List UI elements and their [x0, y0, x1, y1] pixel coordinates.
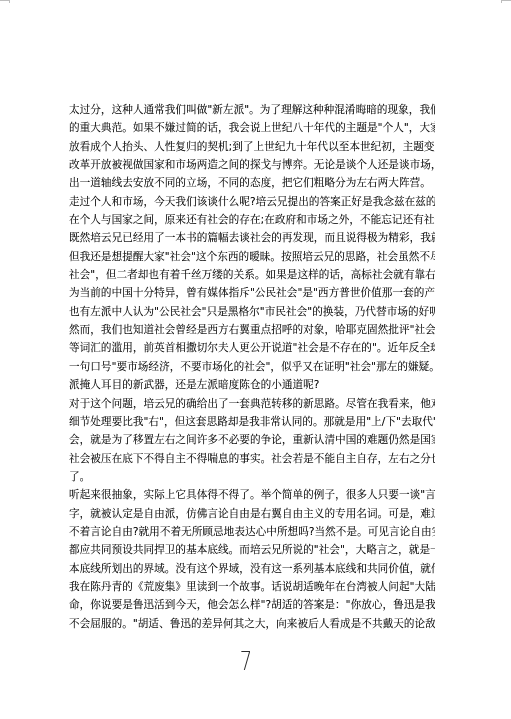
text-line: 字，就被认定是自由派，仿佛言论自由是右翼自由主义的专用名词。可是，难道新左派就用 [69, 505, 435, 523]
text-line: 走过个人和市场，今天我们该谈什么呢?培云兄提出的答案正好是我念兹在兹的课题：社会… [69, 193, 435, 211]
text-line: 太过分，这种人通常我们叫做"新左派"。为了理解这种种混淆晦暗的现象，我们又曾经历… [69, 101, 435, 119]
text-line: 我在陈丹青的《荒废集》里读到一个故事。话说胡适晚年在台湾被人问起"大陆现在正闹着… [69, 578, 435, 596]
text-line: 为当前的中国十分特异，曾有媒体指斥"公民社会"是"西方普世价值那一套的产物"，不… [69, 284, 435, 302]
document-page: 太过分，这种人通常我们叫做"新左派"。为了理解这种种混淆晦暗的现象，我们又曾经历… [0, 0, 511, 719]
text-line: 社会"，但二者却也有着千丝万缕的关系。如果是这样的话，高标社会就有靠右的嫌疑了。… [69, 266, 435, 284]
text-line: 本底线所划出的界域。没有这个界域，没有这一系列基本底线和共同价值，就什么都说不上… [69, 560, 435, 578]
text-line: 派掩人耳目的新武器，还是左派暗度陈仓的小通道呢? [69, 376, 435, 394]
text-line: 但我还是想提醒大家"社会"这个东西的暧昧。按照培云兄的思路，社会虽然不尽等同于"… [69, 248, 435, 266]
body-text: 太过分，这种人通常我们叫做"新左派"。为了理解这种种混淆晦暗的现象，我们又曾经历… [69, 101, 435, 633]
text-line: 改革开放被视做国家和市场两造之间的探戈与博弈。无论是谈个人还是谈市场，我们都能画 [69, 156, 435, 174]
crop-mark-top-left [0, 0, 10, 7]
text-line: 也有左派中人认为"公民社会"只是黑格尔"市民社会"的换装，乃代替市场的好听一点的… [69, 303, 435, 321]
text-line: 细节处理要比我"右"，但这套思路却是我非常认同的。那就是用"上/下"去取代"左/… [69, 413, 435, 431]
text-line: 听起来很抽象，实际上它具体得不得了。举个简单的例子，很多人只要一谈"言论自由"这… [69, 486, 435, 504]
text-line: 一句口号"要市场经济，不要市场化的社会"，似乎又在证明"社会"那左的嫌疑。究竟社… [69, 358, 435, 376]
text-line: 对于这个问题，培云兄的确给出了一套典范转移的新思路。尽管在我看来，他对许多问题的 [69, 395, 435, 413]
text-line: 等词汇的滥用，前英首相撒切尔夫人更公开说道"社会是不存在的"。近年反全球化运动的… [69, 339, 435, 357]
text-line: 了。 [69, 468, 435, 486]
text-line: 都应共同预设共同捍卫的基本底线。而培云兄所说的"社会"，大略言之，就是一系列基 [69, 541, 435, 559]
text-line: 社会被压在底下不得自主不得喘息的事实。社会若是不能自主自存，左右之分也就无甚意义 [69, 450, 435, 468]
text-line: 不会屈服的。"胡适、鲁迅的差异何其之大，向来被后人看成是不共戴天的论敌，他怎么会… [69, 615, 435, 633]
text-line: 放看成个人抬头、人性复归的契机;到了上世纪九十年代以至本世纪初，主题变成了"市场… [69, 138, 435, 156]
text-line: 然而，我们也知道社会曾经是西方右翼重点招呼的对象，哈耶克固然批评"社会"以及"社… [69, 321, 435, 339]
text-line: 会，就是为了移置左右之间许多不必要的争论，重新认清中国的难题仍然是国家高高在上， [69, 431, 435, 449]
text-line: 不着言论自由?就用不着无所顾忌地表达心中所想吗?当然不是。可见言论自由实在是任何… [69, 523, 435, 541]
text-line: 既然培云兄已经用了一本书的篇幅去谈社会的再发现，而且说得极为精彩，我就不用赘言了… [69, 229, 435, 247]
crop-mark-top-right [501, 0, 511, 7]
text-line: 的重大典范。如果不嫌过简的话，我会说上世纪八十年代的主题是"个人"，大家直接把改… [69, 119, 435, 137]
text-line: 命，你说要是鲁迅活到今天，他会怎么样"?胡适的答案是："你放心，鲁迅是我们的人，… [69, 596, 435, 614]
text-line: 在个人与国家之间，原来还有社会的存在;在政府和市场之外，不能忘记还有社会这一大块… [69, 211, 435, 229]
text-line: 出一道轴线去安放不同的立场，不同的态度，把它们粗略分为左右两大阵营。 [69, 174, 435, 192]
page-number: 7 [239, 647, 254, 677]
